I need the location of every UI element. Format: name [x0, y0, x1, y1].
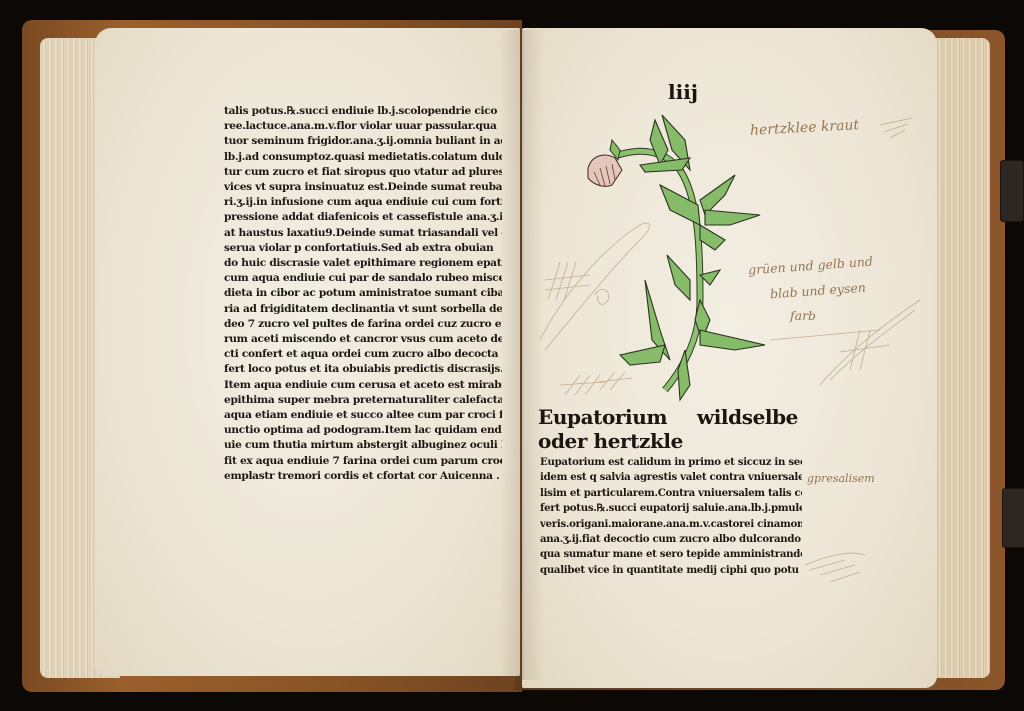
heading-second-line: oder hertzkle — [538, 429, 798, 453]
text-line: qualibet vice in quantitate medij ciphi … — [540, 563, 802, 578]
woodcut-plant-illustration — [0, 0, 1024, 711]
text-line: Eupatorium est calidum in primo et siccu… — [540, 455, 802, 470]
book-photo: talis potus.℞.succi endiuie lb.j.scolope… — [0, 0, 1024, 711]
leaves — [620, 115, 765, 400]
marginal-note-line-3: farb — [790, 308, 816, 323]
right-page-text: Eupatorium est calidum in primo et siccu… — [540, 455, 802, 578]
text-line: ana.ʒ.ij.fiat decoctio cum zucro albo du… — [540, 532, 802, 547]
text-line: idem est q salvia agrestis valet contra … — [540, 470, 802, 485]
marginal-note-lower: gpresalisem — [807, 472, 875, 485]
flower — [588, 140, 622, 186]
text-line: veris.origani.maiorane.ana.m.v.castorei … — [540, 517, 802, 532]
entry-heading: Eupatorium wildselbe oder hertzkle — [538, 405, 798, 453]
text-line: qua sumatur mane et sero tepide amminist… — [540, 547, 802, 562]
heading-german-name: wildselbe — [697, 405, 798, 429]
heading-latin-name: Eupatorium — [538, 405, 667, 429]
text-line: lisim et particularem.Contra vniuersalem… — [540, 486, 802, 501]
text-line: fert potus.℞.succi eupatorij saluie.ana.… — [540, 501, 802, 516]
